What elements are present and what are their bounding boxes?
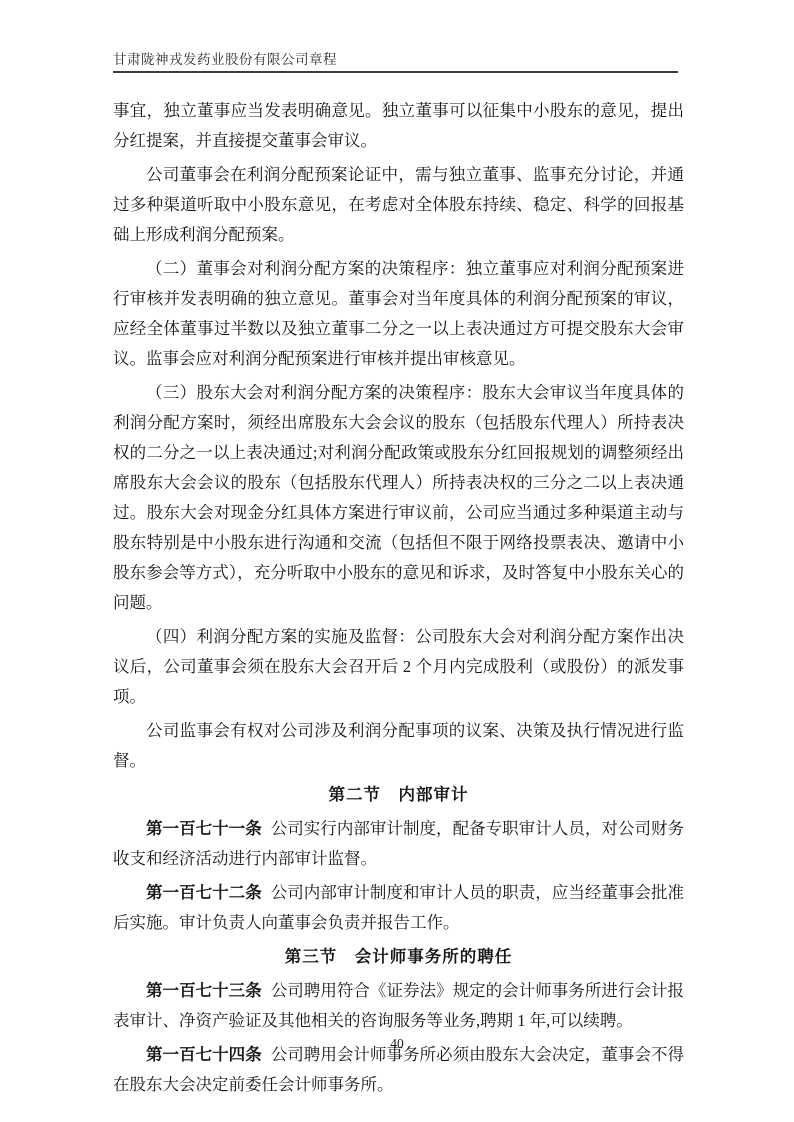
document-body: 事宜，独立董事应当发表明确意见。独立董事可以征集中小股东的意见，提出分红提案，并… [113, 96, 684, 1104]
article-paragraph-173: 第一百七十三条公司聘用符合《证券法》规定的会计师事务所进行会计报表审计、净资产验… [113, 976, 684, 1036]
paragraph-item-4: （四）利润分配方案的实施及监督：公司股东大会对利润分配方案作出决议后，公司董事会… [113, 622, 684, 712]
article-number: 第一百七十二条 [146, 883, 262, 902]
paragraph-item-2: （二）董事会对利润分配方案的决策程序：独立董事应对利润分配预案进行审核并发表明确… [113, 254, 684, 374]
page-number: 40 [0, 1036, 794, 1052]
article-number: 第一百七十三条 [146, 981, 262, 1000]
paragraph: 公司董事会在利润分配预案论证中，需与独立董事、监事充分讨论，并通过多种渠道听取中… [113, 160, 684, 250]
header-divider [113, 71, 678, 73]
document-page: 甘肃陇神戎发药业股份有限公司章程 事宜，独立董事应当发表明确意见。独立董事可以征… [0, 0, 794, 1122]
section-heading-internal-audit: 第二节 内部审计 [113, 780, 684, 810]
article-paragraph-172: 第一百七十二条公司内部审计制度和审计人员的职责，应当经董事会批准后实施。审计负责… [113, 878, 684, 938]
article-number: 第一百七十一条 [146, 819, 262, 838]
paragraph: 公司监事会有权对公司涉及利润分配事项的议案、决策及执行情况进行监督。 [113, 716, 684, 776]
document-header-title: 甘肃陇神戎发药业股份有限公司章程 [113, 51, 337, 69]
paragraph-item-3: （三）股东大会对利润分配方案的决策程序：股东大会审议当年度具体的利润分配方案时，… [113, 378, 684, 618]
article-paragraph-171: 第一百七十一条公司实行内部审计制度，配备专职审计人员，对公司财务收支和经济活动进… [113, 814, 684, 874]
paragraph-continuation: 事宜，独立董事应当发表明确意见。独立董事可以征集中小股东的意见，提出分红提案，并… [113, 96, 684, 156]
section-heading-accounting-firm: 第三节 会计师事务所的聘任 [113, 942, 684, 972]
